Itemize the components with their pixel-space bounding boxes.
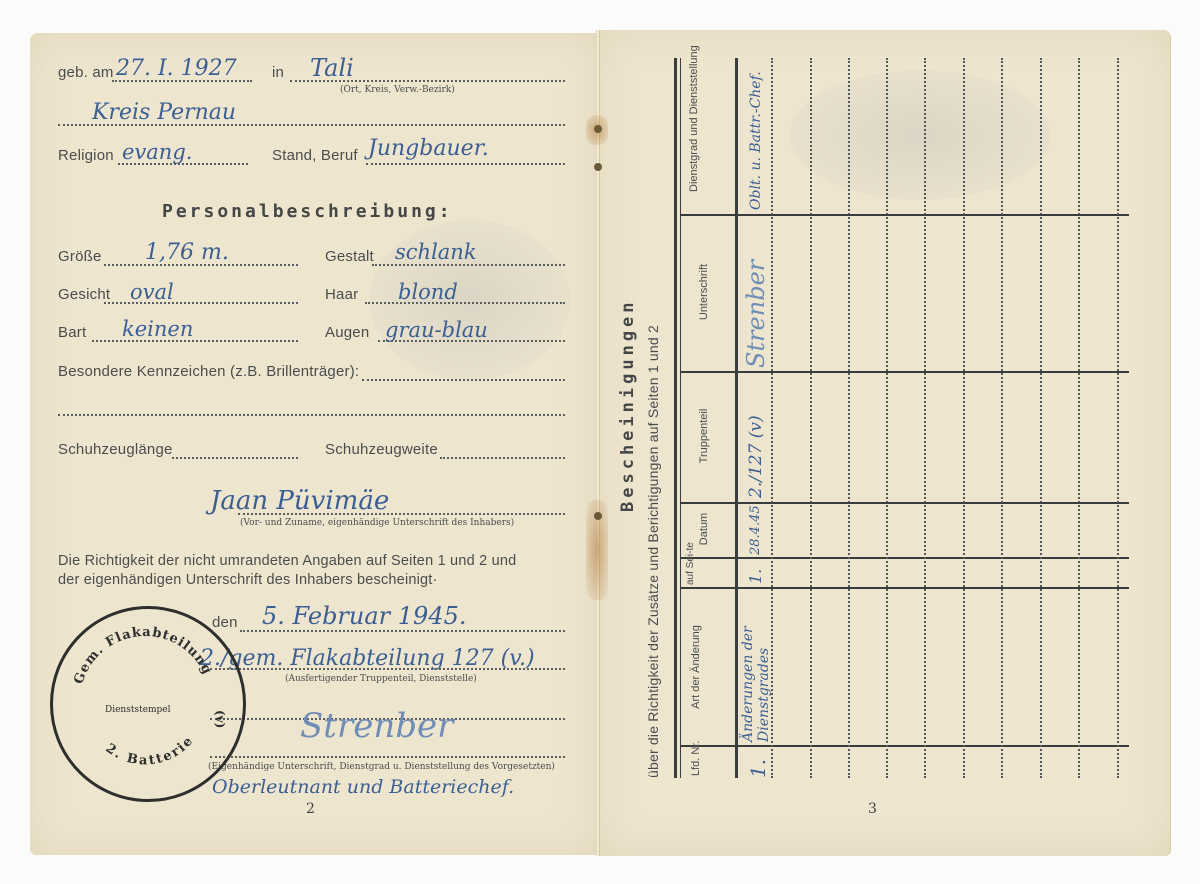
entry-datum: 28.4.45	[748, 505, 763, 555]
entry-art: Änderungen der Dienstgrades	[740, 592, 772, 742]
superior-signature: Strenber	[300, 706, 453, 746]
column-divider	[681, 745, 1129, 747]
row-line	[1117, 58, 1119, 778]
description-heading: Personalbeschreibung:	[162, 201, 453, 222]
hair-value: blond	[398, 280, 458, 304]
issuing-unit-line	[210, 668, 565, 670]
entry-dienstgrad: Oblt. u. Battr.-Chef.	[748, 71, 764, 210]
birth-place-line2-value: Kreis Pernau	[92, 100, 236, 125]
issue-date-line	[240, 630, 565, 632]
page-number-left: 2	[306, 801, 315, 817]
water-stain	[790, 70, 1050, 200]
official-stamp: Gem. Flakabteilung 2. Batterie (v) Diens…	[50, 606, 246, 802]
certification-text-2: der eigenhändigen Unterschrift des Inhab…	[58, 572, 438, 588]
religion-label: Religion	[58, 147, 114, 164]
build-line	[372, 264, 565, 266]
beard-value: keinen	[122, 317, 193, 341]
header-seite: auf Sei-te	[684, 557, 697, 585]
holder-signature-line	[238, 513, 565, 515]
row-line	[1001, 58, 1003, 778]
stamp-center-text: Dienststempel	[105, 705, 171, 715]
shoe-width-line	[440, 457, 565, 459]
occupation-label: Stand, Beruf	[272, 147, 358, 164]
header-art: Art der Änderung	[690, 592, 703, 742]
religion-value: evang.	[122, 140, 192, 164]
row-line	[848, 58, 850, 778]
beard-label: Bart	[58, 324, 86, 341]
svg-text:2. Batterie: 2. Batterie	[103, 733, 198, 769]
superior-line	[210, 756, 565, 758]
hair-label: Haar	[325, 286, 358, 303]
face-label: Gesicht	[58, 286, 110, 303]
page-number-right: 3	[868, 801, 877, 817]
staple	[594, 512, 602, 520]
superior-signature-hint: (Eigenhändige Unterschrift, Dienstgrad u…	[208, 762, 555, 772]
header-separator	[735, 58, 738, 778]
row-line	[886, 58, 888, 778]
header-unterschrift: Unterschrift	[698, 215, 711, 369]
build-label: Gestalt	[325, 248, 374, 265]
eyes-label: Augen	[325, 324, 369, 341]
staple	[594, 163, 602, 171]
birth-date-label: geb. am	[58, 64, 114, 81]
book-spine	[596, 30, 600, 856]
svg-text:(v): (v)	[213, 710, 227, 728]
stamp-ring-text: Gem. Flakabteilung 2. Batterie (v)	[50, 606, 240, 796]
header-lfd-nr: Lfd. Nr.	[690, 748, 703, 776]
occupation-line	[366, 163, 565, 165]
height-label: Größe	[58, 248, 102, 265]
table-subtitle: über die Richtigkeit der Zusätze und Ber…	[645, 325, 661, 778]
superior-rank: Oberleutnant und Batteriechef.	[212, 776, 514, 798]
row-line	[1078, 58, 1080, 778]
column-divider	[681, 214, 1129, 216]
special-marks-label: Besondere Kennzeichen (z.B. Brillenträge…	[58, 363, 359, 380]
shoe-width-label: Schuhzeugweite	[325, 441, 438, 458]
birth-place-label: in	[272, 64, 284, 81]
height-value: 1,76 m.	[145, 240, 229, 265]
row-line	[810, 58, 812, 778]
eyes-value: grau-blau	[385, 318, 488, 342]
issue-date-value: 5. Februar 1945.	[262, 602, 466, 630]
column-divider	[681, 502, 1129, 504]
row-line	[963, 58, 965, 778]
svg-text:Gem. Flakabteilung: Gem. Flakabteilung	[71, 625, 214, 686]
holder-signature: Jaan Püvimäe	[210, 486, 389, 516]
row-line	[1040, 58, 1042, 778]
holder-signature-hint: (Vor- und Zuname, eigenhändige Unterschr…	[240, 518, 514, 528]
column-divider	[681, 587, 1129, 589]
birth-date-value: 27. I. 1927	[116, 56, 237, 81]
shoe-length-line	[172, 457, 298, 459]
row-line	[924, 58, 926, 778]
header-dienstgrad: Dienstgrad und Dienststellung	[688, 62, 701, 212]
entry-seite: 1.	[746, 569, 765, 584]
table-title: Bescheinigungen	[618, 298, 638, 512]
special-marks-line-2	[58, 414, 565, 416]
special-marks-line	[362, 379, 565, 381]
birth-place-hint: (Ort, Kreis, Verw.-Bezirk)	[340, 85, 455, 95]
birth-place-value: Tali	[310, 54, 354, 82]
certification-text-1: Die Richtigkeit der nicht umrandeten Ang…	[58, 553, 516, 569]
header-truppenteil: Truppenteil	[698, 372, 711, 500]
column-divider	[681, 371, 1129, 373]
entry-unterschrift: Strenber	[742, 260, 770, 368]
table-border-outer	[674, 58, 677, 778]
entry-lfd-nr: 1.	[746, 759, 770, 778]
build-value: schlank	[395, 240, 477, 264]
column-divider	[681, 557, 1129, 559]
table-border-inner	[680, 58, 681, 778]
header-datum: Datum	[698, 503, 711, 555]
hair-line	[365, 302, 565, 304]
entry-truppenteil: 2./127 (v)	[746, 415, 766, 498]
occupation-value: Jungbauer.	[368, 136, 489, 161]
issuing-unit-hint: (Ausfertigender Truppenteil, Dienststell…	[285, 674, 477, 684]
face-value: oval	[130, 280, 174, 304]
staple	[594, 125, 602, 133]
shoe-length-label: Schuhzeuglänge	[58, 441, 173, 458]
